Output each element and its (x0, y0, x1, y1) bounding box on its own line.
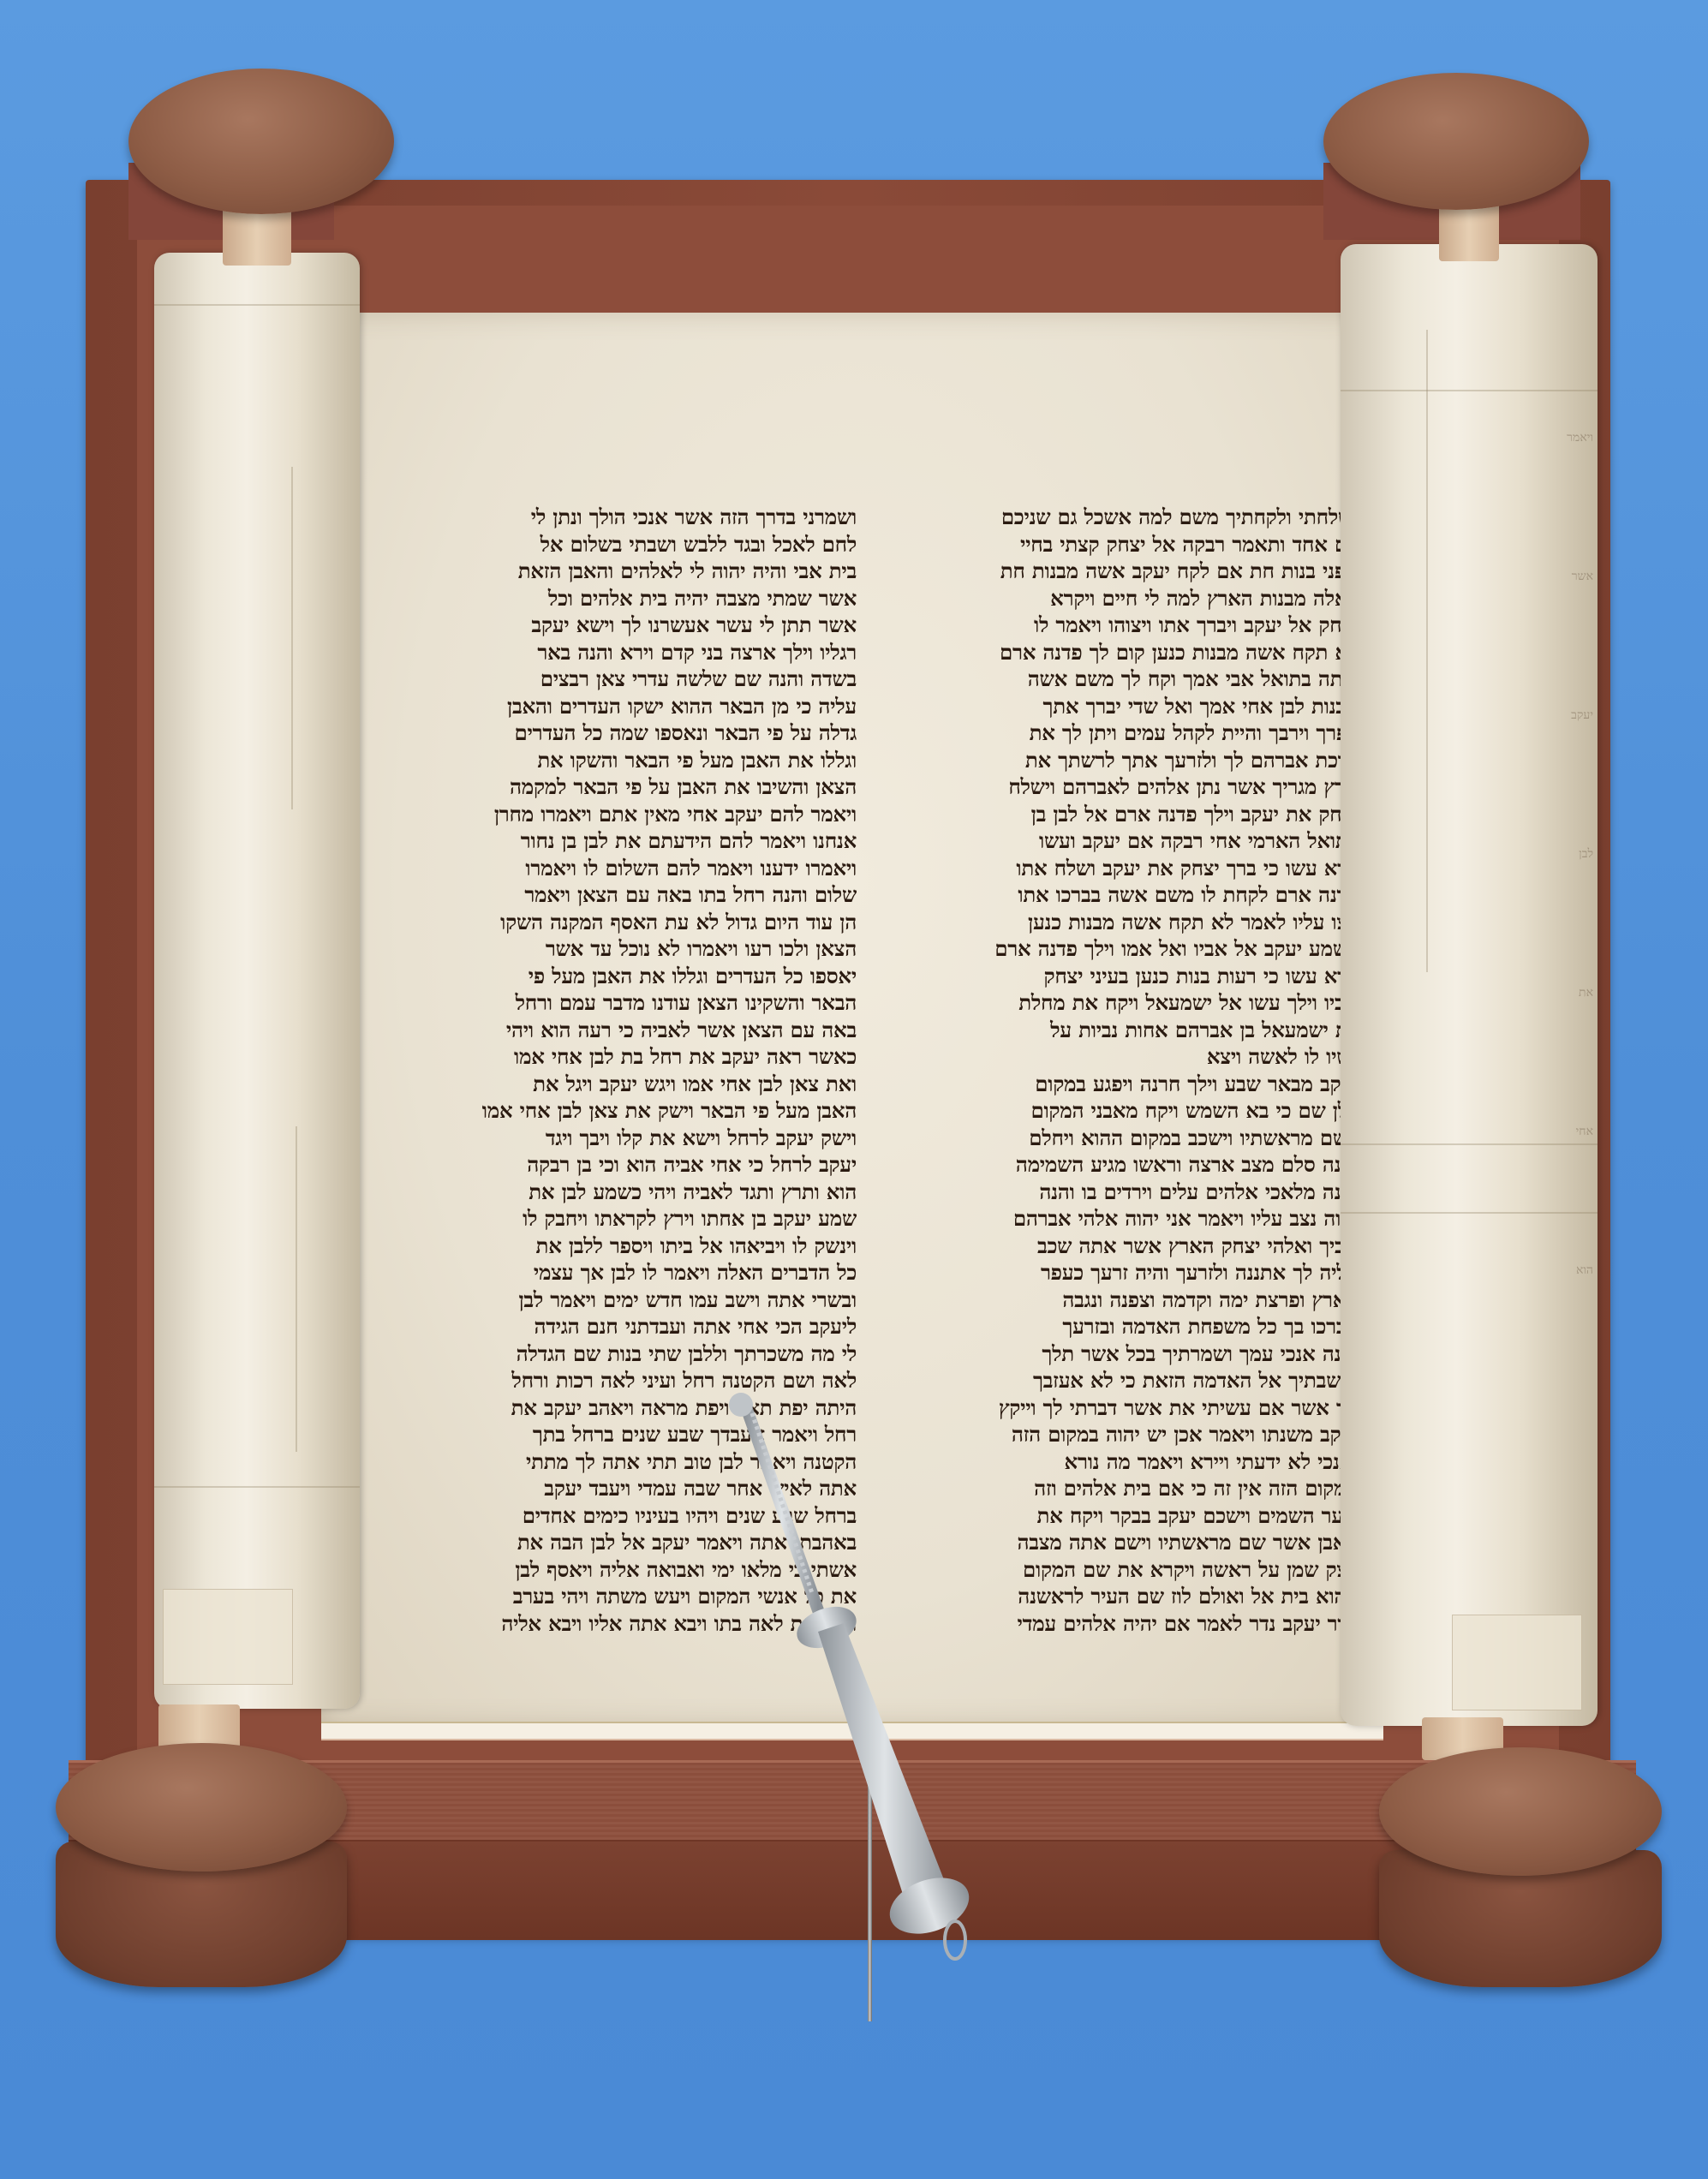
scroll-text-line: יום אחד ותאמר רבקה אל יצחק קצתי בחיי (908, 531, 1358, 558)
roll-faint-word: לבן (1533, 845, 1593, 863)
scroll-text-line: שלום והנה רחל בתו באה עם הצאן ויאמר (433, 881, 857, 909)
roll-faint-word: ויאמר (1533, 428, 1593, 447)
scroll-text-line: יעקב מבאר שבע וילך חרנה ויפגע במקום (908, 1071, 1358, 1098)
scroll-text-line: אתה לאיש אחר שבה עמדי ויעבד יעקב (433, 1475, 857, 1502)
scroll-text-line: הבאר והשקינו הצאן עודנו מדבר עמם ורחל (433, 989, 857, 1017)
scroll-text-line: רגליו וילך ארצה בני קדם וירא והנה באר (433, 639, 857, 666)
scroll-text-line: יעקב משנתו ויאמר אכן יש יהוה במקום הזה (908, 1421, 1358, 1448)
scroll-text-line: ויצק שמן על ראשה ויקרא את שם המקום (908, 1556, 1358, 1584)
scroll-text-line: שער השמים וישכם יעקב בבקר ויקח את (908, 1502, 1358, 1530)
scroll-text-line: יצחק את יעקב וילך פדנה ארם אל לבן בן (908, 801, 1358, 828)
scroll-text-line: רחל ויאמר אעבדך שבע שנים ברחל בתך (433, 1421, 857, 1448)
scroll-text-line: והנה מלאכי אלהים עלים וירדים בו והנה (908, 1179, 1358, 1206)
scroll-text-line: וישמע יעקב אל אביו ואל אמו וילך פדנה ארם (908, 935, 1358, 963)
scroll-text-line: ואנכי לא ידעתי ויירא ויאמר מה נורא (908, 1448, 1358, 1476)
scroll-text-line: יעקב לרחל כי אחי אביה הוא וכי בן רבקה (433, 1151, 857, 1179)
scroll-text-line: ארץ מגריך אשר נתן אלהים לאברהם וישלח (908, 773, 1358, 801)
scroll-text-line: ביתה בתואל אבי אמך וקח לך משם אשה (908, 666, 1358, 693)
roll-faint-word: את (1533, 983, 1593, 1002)
scroll-text-line: בתואל הארמי אחי רבקה אם יעקב ועשו (908, 827, 1358, 855)
scroll-text-line: וידר יעקב נדר לאמר אם יהיה אלהים עמדי (908, 1610, 1358, 1638)
roll-seam (1341, 390, 1598, 391)
roll-seam (154, 304, 360, 306)
scroll-text-line: יהוה נצב עליו ויאמר אני יהוה אלהי אברהם (908, 1205, 1358, 1233)
scroll-text-line: ויאמר להם יעקב אחי מאין אתם ויאמרו מחרן (433, 801, 857, 828)
scroll-text-line: הצאן והשיבו את האבן על פי הבאר למקמה (433, 773, 857, 801)
scroll-text-line: ההוא בית אל ואולם לוז שם העיר לראשנה (908, 1583, 1358, 1610)
parchment-repair-patch (1452, 1615, 1582, 1710)
scroll-text-line: כל הדברים האלה ויאמר לו לבן אך עצמי (433, 1259, 857, 1287)
scroll-text-line: שמע יעקב בן אחתו וירץ לקראתו ויחבק לו (433, 1205, 857, 1233)
scroll-text-line: ונברכו בך כל משפחת האדמה ובזרעך (908, 1313, 1358, 1340)
scroll-text-line: באהבתו אתה ויאמר יעקב אל לבן הבה את (433, 1529, 857, 1556)
scroll-text-line: אנחנו ויאמר להם הידעתם את לבן בן נחור (433, 827, 857, 855)
scroll-text-line: בית אבי והיה יהוה לי לאלהים והאבן הזאת (433, 558, 857, 585)
scroll-text-line: הצאן ולכו רעו ויאמרו לא נוכל עד אשר (433, 935, 857, 963)
scroll-text-line: יאספו כל העדרים וגללו את האבן מעל פי (433, 963, 857, 990)
scroll-text-line: הקטנה ויאמר לבן טוב תתי אתה לך מתתי (433, 1448, 857, 1476)
roll-faint-word: אשר (1533, 567, 1593, 586)
scroll-text-line: וישק יעקב לרחל וישא את קלו ויבך ויגד (433, 1125, 857, 1152)
scroll-text-line: ושלחתי ולקחתיך משם למה אשכל גם שניכם (908, 504, 1358, 531)
scroll-text-line: האבן מעל פי הבאר וישק את צאן לבן אחי אמו (433, 1097, 857, 1125)
scroll-text-line: אביו וילך עשו אל ישמעאל ויקח את מחלת (908, 989, 1358, 1017)
scroll-text-line: ויקח את לאה בתו ויבא אתה אליו ויבא אליה (433, 1610, 857, 1638)
scroll-text-line: גדלה על פי הבאר ונאספו שמה כל העדרים (433, 719, 857, 747)
roll-seam (291, 467, 293, 809)
scroll-text-line: יצחק אל יעקב ויברך אתו ויצוהו ויאמר לו (908, 612, 1358, 639)
scroll-text-line: כאשר ראה יעקב את רחל בת לבן אחי אמו (433, 1043, 857, 1071)
text-column-right: ושלחתי ולקחתיך משם למה אשכל גם שניכםיום … (908, 504, 1358, 1637)
scroll-text-line: וגללו את האבן מעל פי הבאר והשקו את (433, 747, 857, 774)
scroll-text-line: ויפרך וירבך והיית לקהל עמים ויתן לך את (908, 719, 1358, 747)
scroll-text-line: וירא עשו כי ברך יצחק את יעקב ושלח אתו (908, 855, 1358, 882)
scroll-text-line: את כל אנשי המקום ויעש משתה ויהי בערב (433, 1583, 857, 1610)
top-right-handle-disc (1323, 73, 1589, 210)
scroll-text-line: עליה לך אתננה ולזרעך והיה זרעך כעפר (908, 1259, 1358, 1287)
scroll-text-line: הוא ותרץ ותגד לאביה ויהי כשמע לבן את (433, 1179, 857, 1206)
roll-faint-word: יעקב (1533, 706, 1593, 725)
scroll-text-line: היתה יפת תאר ויפת מראה ויאהב יעקב את (433, 1394, 857, 1422)
scroll-text-line: ויצו עליו לאמר לא תקח אשה מבנות כנען (908, 909, 1358, 936)
text-column-left: ושמרני בדרך הזה אשר אנכי הולך ונתן לילחם… (433, 504, 857, 1637)
bottom-left-handle-disc (56, 1743, 347, 1872)
scroll-text-line: והשבתיך אל האדמה הזאת כי לא אעזבך (908, 1367, 1358, 1394)
right-roll-faint-text: ויאמראשריעקבלבןאתאחיהוא (1533, 428, 1593, 1456)
scroll-text-line: הארץ ופרצת ימה וקדמה וצפנה ונגבה (908, 1287, 1358, 1314)
parchment-bottom-edge (321, 1722, 1383, 1740)
scroll-text-line: לאה ושם הקטנה רחל ועיני לאה רכות ורחל (433, 1367, 857, 1394)
left-scroll-roll (154, 253, 360, 1709)
scroll-text-line: ליעקב הכי אחי אתה ועבדתני חנם הגידה (433, 1313, 857, 1340)
scroll-text-line: בת ישמעאל בן אברהם אחות נביות על (908, 1017, 1358, 1044)
scroll-text-line: וישם מראשתיו וישכב במקום ההוא ויחלם (908, 1125, 1358, 1152)
scroll-text-line: האבן אשר שם מראשתיו וישם אתה מצבה (908, 1529, 1358, 1556)
scroll-text-line: לחם לאכל ובגד ללבש ושבתי בשלום אל (433, 531, 857, 558)
scroll-text-line: וינשק לו ויביאהו אל ביתו ויספר ללבן את (433, 1233, 857, 1260)
parchment-repair-patch (163, 1589, 293, 1685)
roll-seam (1426, 330, 1428, 972)
scroll-text-line: עד אשר אם עשיתי את אשר דברתי לך וייקץ (908, 1394, 1358, 1422)
scroll-text-line: ושמרני בדרך הזה אשר אנכי הולך ונתן לי (433, 504, 857, 531)
scroll-text-line: והנה סלם מצב ארצה וראשו מגיע השמימה (908, 1151, 1358, 1179)
scroll-text-line: עליה כי מן הבאר ההוא ישקו העדרים והאבן (433, 693, 857, 720)
scroll-text-line: מפני בנות חת אם לקח יעקב אשה מבנות חת (908, 558, 1358, 585)
scroll-text-line: אשתי כי מלאו ימי ואבואה אליה ויאסף לבן (433, 1556, 857, 1584)
roll-faint-word: אחי (1533, 1122, 1593, 1141)
scroll-text-line: ובשרי אתה וישב עמו חדש ימים ויאמר לבן (433, 1287, 857, 1314)
scroll-text-line: ברחל שבע שנים ויהיו בעיניו כימים אחדים (433, 1502, 857, 1530)
roll-seam (154, 1486, 360, 1488)
scroll-text-line: בשדה והנה שם שלשה עדרי צאן רבצים (433, 666, 857, 693)
scroll-text-line: נשיו לו לאשה ויצא (908, 1043, 1358, 1071)
top-left-handle-disc (128, 69, 394, 214)
scroll-text-line: וילן שם כי בא השמש ויקח מאבני המקום (908, 1097, 1358, 1125)
scroll-text-line: ואת צאן לבן אחי אמו ויגש יעקב ויגל את (433, 1071, 857, 1098)
scroll-text-line: וירא עשו כי רעות בנות כנען בעיני יצחק (908, 963, 1358, 990)
scroll-text-line: לא תקח אשה מבנות כנען קום לך פדנה ארם (908, 639, 1358, 666)
scroll-text-line: ויאמרו ידענו ויאמר להם השלום לו ויאמרו (433, 855, 857, 882)
scroll-text-line: אביך ואלהי יצחק הארץ אשר אתה שכב (908, 1233, 1358, 1260)
scroll-text-line: לי מה משכרתך וללבן שתי בנות שם הגדלה (433, 1340, 857, 1368)
roll-faint-word: הוא (1533, 1261, 1593, 1280)
yad-stand-rod (868, 1739, 872, 2021)
scroll-text-line: באה עם הצאן אשר לאביה כי רעה הוא ויהי (433, 1017, 857, 1044)
scroll-text-line: פדנה ארם לקחת לו משם אשה בברכו אתו (908, 881, 1358, 909)
scroll-text-line: והנה אנכי עמך ושמרתיך בכל אשר תלך (908, 1340, 1358, 1368)
scroll-text-line: ברכת אברהם לך ולזרעך אתך לרשתך את (908, 747, 1358, 774)
scroll-text-line: כאלה מבנות הארץ למה לי חיים ויקרא (908, 585, 1358, 612)
scroll-text-line: אשר שמתי מצבה יהיה בית אלהים וכל (433, 585, 857, 612)
scroll-text-line: המקום הזה אין זה כי אם בית אלהים וזה (908, 1475, 1358, 1502)
scroll-text-line: מבנות לבן אחי אמך ואל שדי יברך אתך (908, 693, 1358, 720)
scroll-text-line: הן עוד היום גדול לא עת האסף המקנה השקו (433, 909, 857, 936)
roll-seam (296, 1126, 297, 1452)
scroll-text-line: אשר תתן לי עשר אעשרנו לך וישא יעקב (433, 612, 857, 639)
bottom-right-handle-disc (1379, 1747, 1662, 1876)
